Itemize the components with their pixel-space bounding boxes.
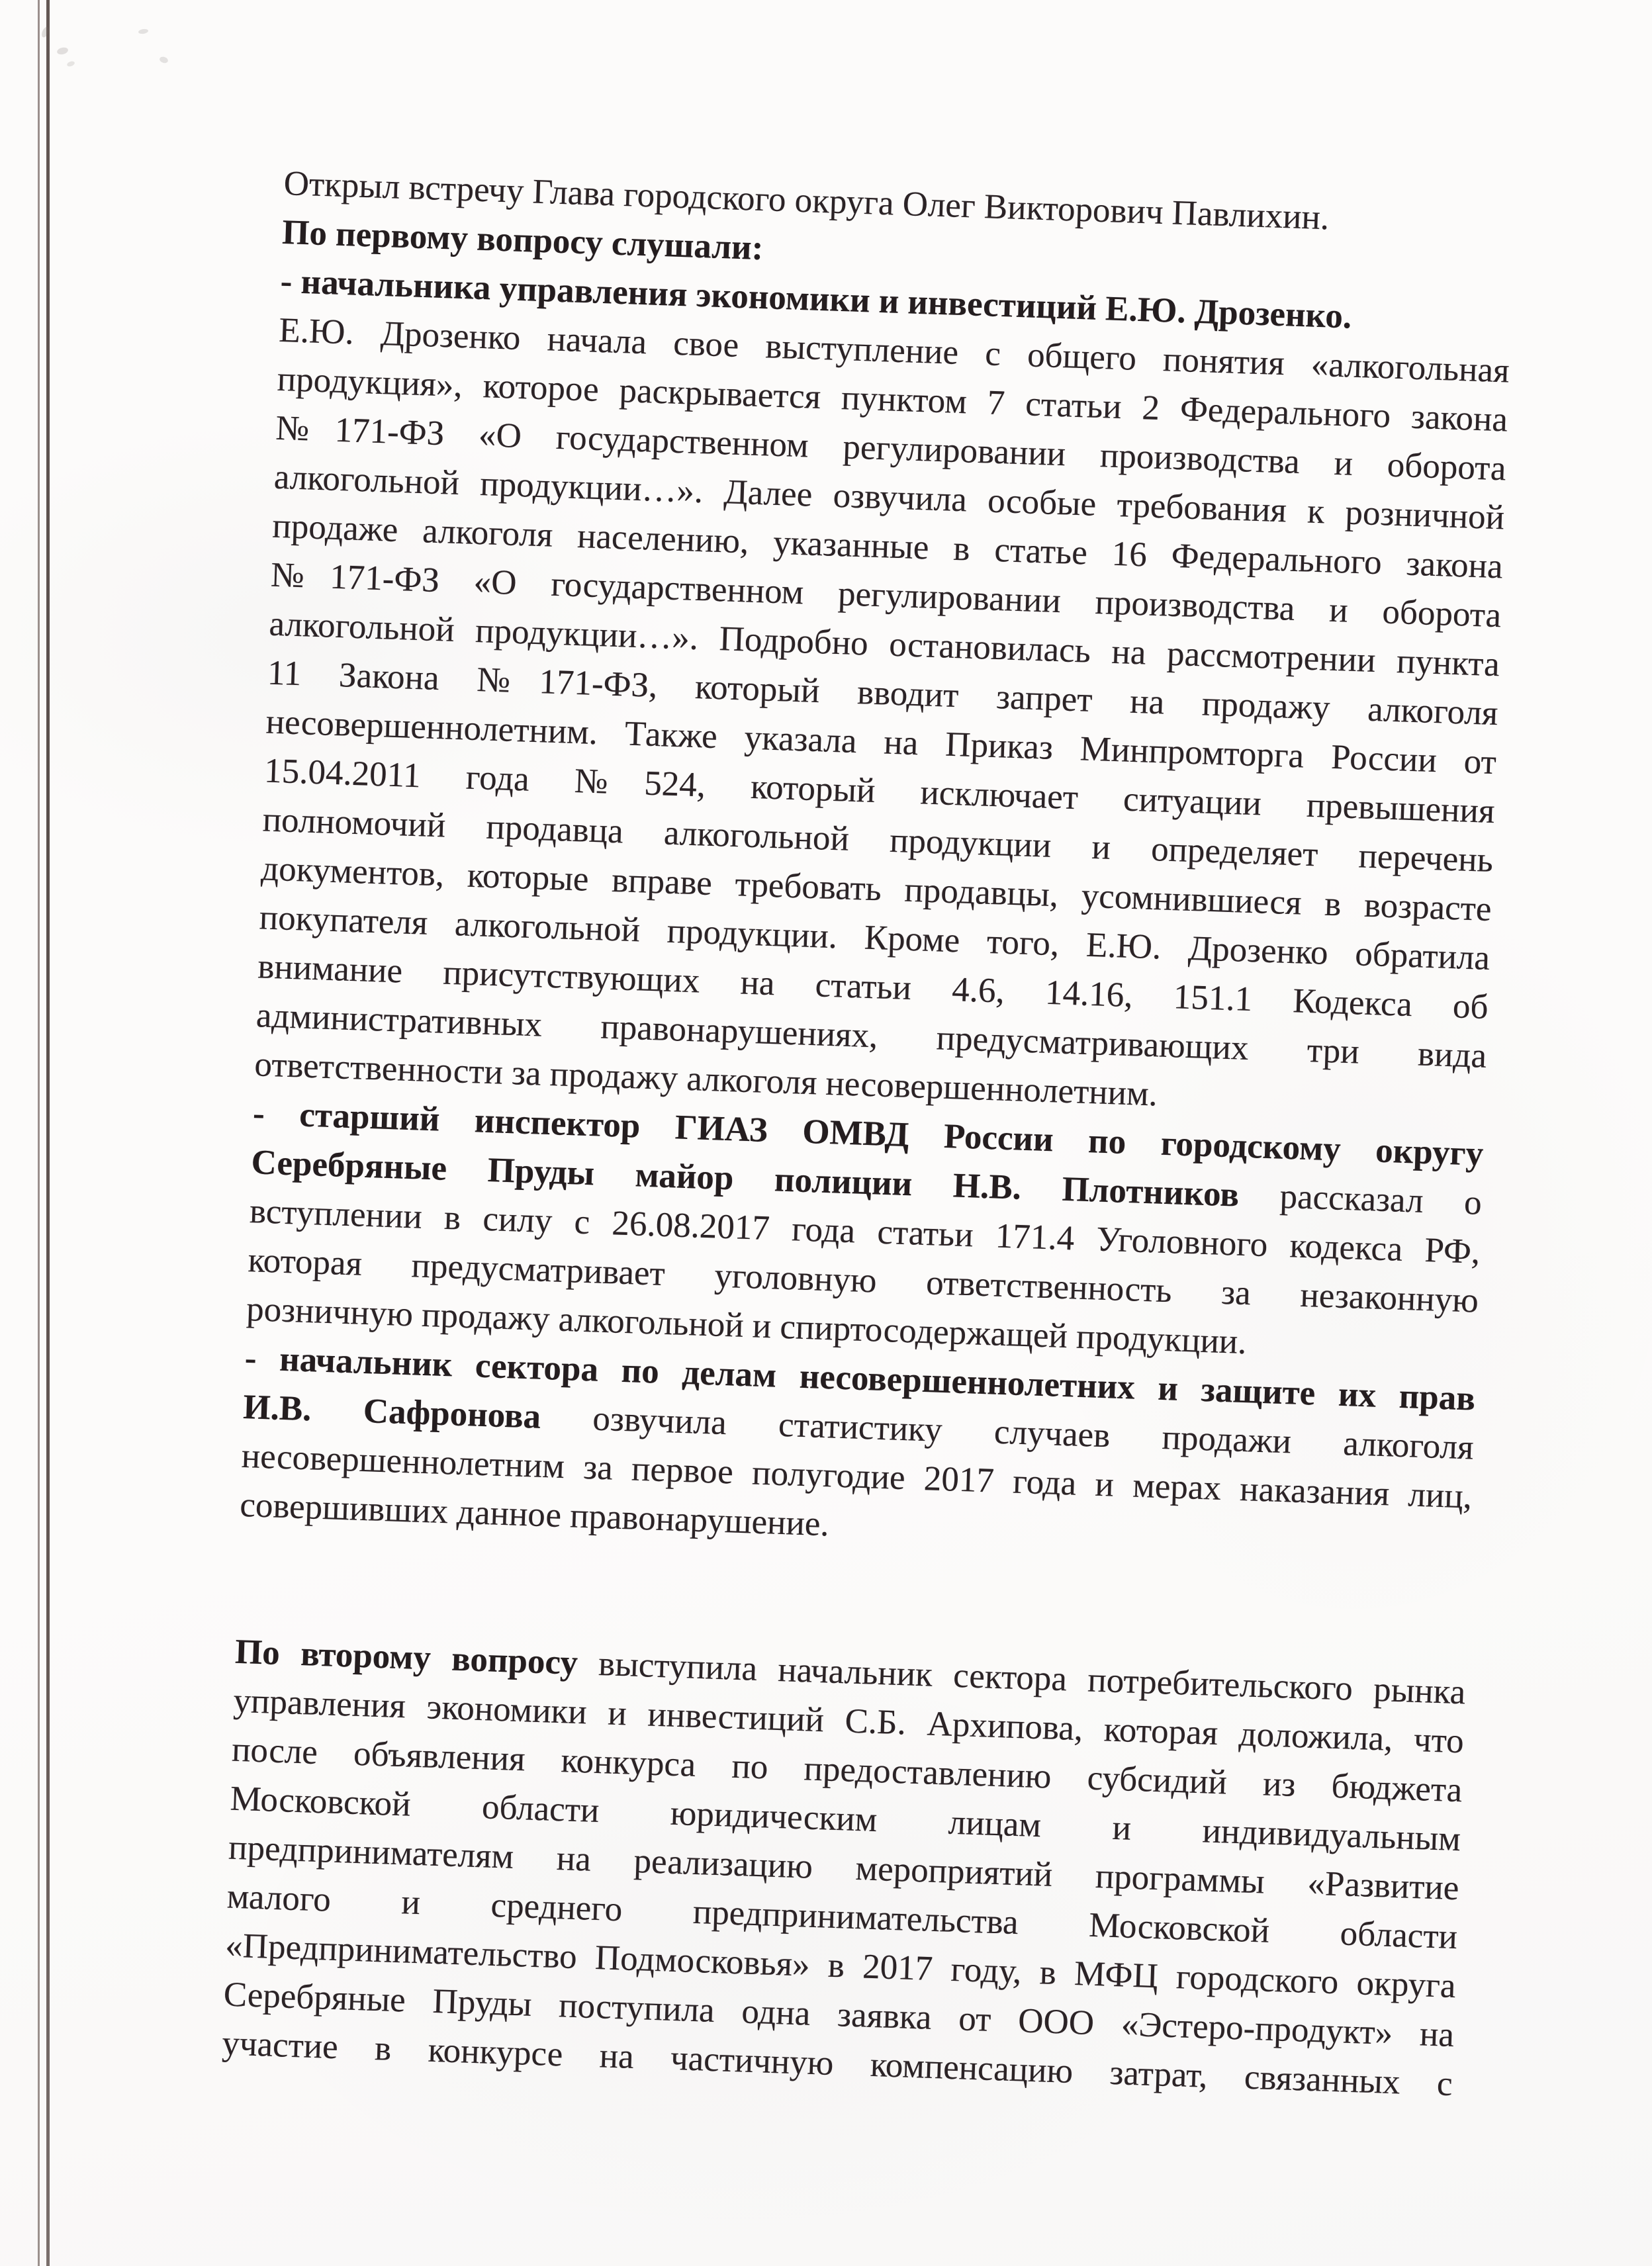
scan-speck (159, 56, 169, 64)
scan-speck (66, 60, 75, 68)
drozenko-paragraph: Е.Ю. Дрозенко начала свое выступление с … (253, 306, 1510, 1130)
scanned-page: Открыл встречу Глава городского округа О… (0, 0, 1652, 2266)
text-segment: рассказал о (1238, 1176, 1483, 1222)
document-text: Открыл встречу Глава городского округа О… (221, 159, 1515, 2108)
scanner-edge-line-inner (46, 0, 50, 2266)
question-2-paragraph: По второму вопросу выступила начальник с… (221, 1627, 1466, 2108)
scanner-edge-line-outer (38, 0, 40, 2266)
plotnikov-paragraph: - старший инспектор ГИАЗ ОМВД России по … (246, 1089, 1484, 1374)
scan-speck (138, 28, 149, 34)
bold-text-segment: По второму вопросу (234, 1633, 578, 1682)
scan-speck (56, 46, 69, 56)
bold-text-segment: И.В. Сафронова (242, 1388, 541, 1436)
safronova-paragraph: - начальник сектора по делам несовершенн… (239, 1334, 1476, 1570)
